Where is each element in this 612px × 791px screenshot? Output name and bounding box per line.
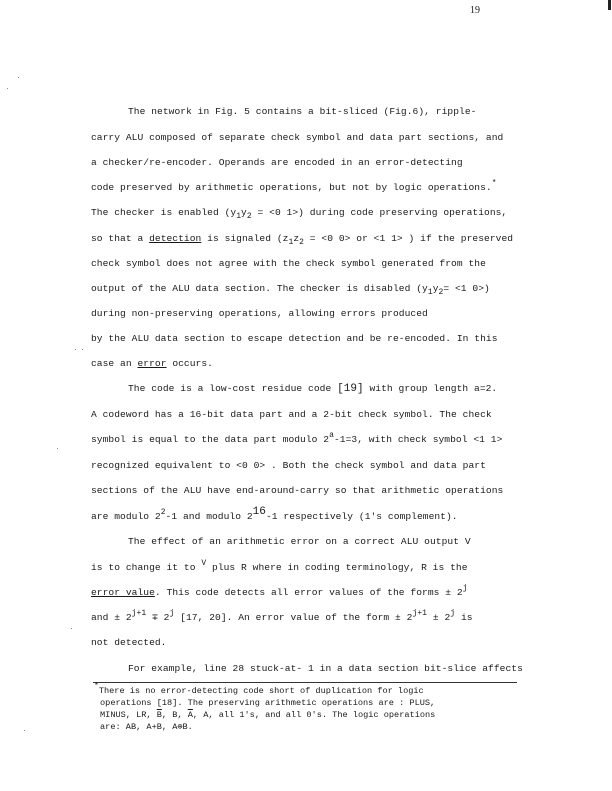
text-line: symbol is equal to the data part modulo … [91, 434, 502, 446]
footnote-rule [93, 682, 517, 683]
text-line: so that a detection is signaled (z1z2 = … [91, 233, 513, 245]
citation: [19] [337, 383, 364, 395]
scan-edge-mark [608, 0, 611, 10]
text-line: error value. This code detects all error… [91, 587, 468, 599]
footnote-line: operations [18]. The preserving arithmet… [100, 698, 435, 708]
footnote-marker: * [492, 179, 497, 188]
scan-speck [71, 628, 72, 629]
text-line: carry ALU composed of separate check sym… [91, 132, 503, 144]
text-line: The checker is enabled (y1y2 = <0 1>) du… [91, 207, 507, 219]
text-line: not detected. [91, 637, 167, 649]
page-number: 19 [470, 5, 480, 16]
text-line: check symbol does not agree with the che… [91, 258, 486, 270]
scan-speck [18, 77, 19, 78]
text-line: The effect of an arithmetic error on a c… [128, 536, 471, 548]
term-detection: detection [149, 233, 201, 244]
scan-speck [82, 349, 83, 350]
text-line: and ± 2j+1 ∓ 2j [17, 20]. An error value… [91, 612, 473, 624]
term-error: error [137, 358, 166, 369]
text-line: by the ALU data section to escape detect… [91, 333, 498, 345]
text-line: during non-preserving operations, allowi… [91, 308, 428, 320]
text-line: case an error occurs. [91, 358, 213, 370]
term-error-value: error value [91, 587, 155, 598]
text-line: The network in Fig. 5 contains a bit-sli… [128, 106, 476, 118]
text-line: sections of the ALU have end-around-carr… [91, 485, 503, 497]
text-line: are modulo 22-1 and modulo 216-1 respect… [91, 511, 458, 523]
footnote-line: MINUS, LR, B, B, A, A, all 1's, and all … [100, 710, 435, 720]
text-line: output of the ALU data section. The chec… [91, 283, 490, 295]
scan-speck [57, 448, 58, 449]
text-line: For example, line 28 stuck-at- 1 in a da… [128, 663, 523, 675]
text-line: The code is a low-cost residue code [19]… [128, 383, 497, 395]
text-line: a checker/re-encoder. Operands are encod… [91, 157, 463, 169]
text-line: code preserved by arithmetic operations,… [91, 182, 497, 194]
text-line: is to change it to V plus R where in cod… [91, 562, 468, 574]
text-line: A codeword has a 16-bit data part and a … [91, 409, 492, 421]
scan-speck [24, 730, 25, 731]
scan-speck [75, 349, 76, 350]
footnote-line: are: AB, A+B, A⊕B. [100, 722, 193, 732]
scan-speck [7, 88, 8, 89]
text-line: recognized equivalent to <0 0> . Both th… [91, 460, 486, 472]
footnote-line: *There is no error-detecting code short … [94, 686, 424, 696]
